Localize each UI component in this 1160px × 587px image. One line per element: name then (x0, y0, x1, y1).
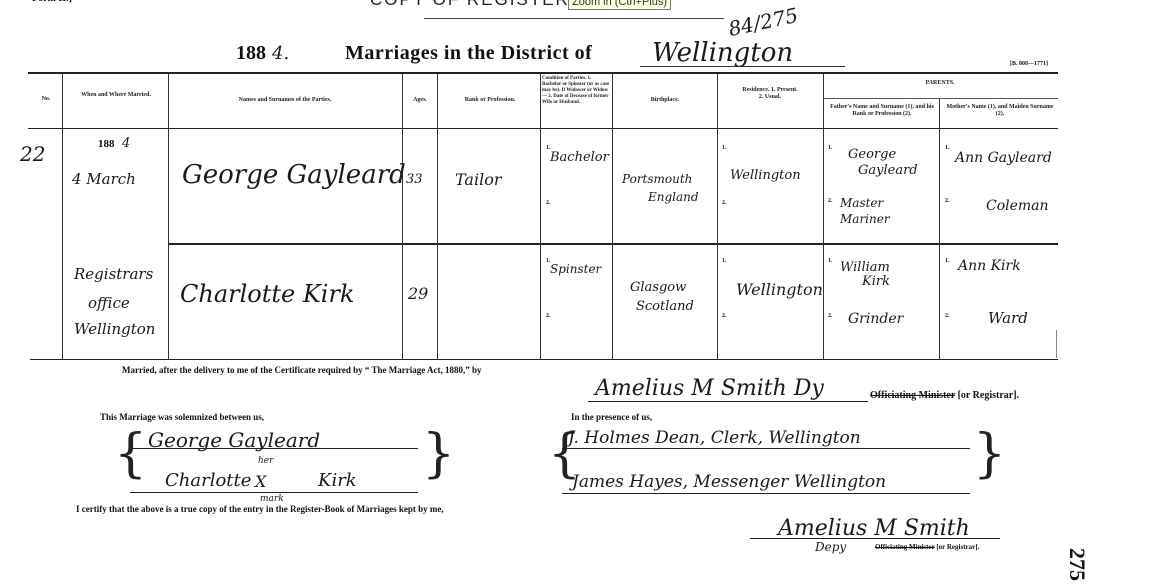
table-bottom-rule (30, 359, 1058, 360)
col-divider (402, 74, 403, 360)
solemnized-label: This Marriage was solemnized between us, (100, 412, 264, 422)
condition-marker-2: 2. (546, 313, 551, 319)
father-marker-1: 1. (828, 258, 833, 264)
officiant-title-kept: [or Registrar]. (958, 390, 1019, 401)
col-header-father: Father's Name and Surname (1), and his R… (826, 104, 938, 118)
row-divider (168, 243, 1058, 245)
col-divider (62, 74, 63, 360)
reference-number: 84/275 (726, 3, 800, 41)
father-marker-2: 2. (828, 313, 833, 319)
col-header-birthplace: Birthplace. (615, 97, 715, 104)
residence-marker-1: 1. (722, 145, 727, 151)
party-2-last: Kirk (318, 470, 357, 491)
parents-subheader-rule (824, 98, 1058, 99)
party-2-first: Charlotte (165, 470, 251, 491)
print-reference: [B. 808—1771] (1010, 61, 1048, 67)
officiant-title-struck: Officiating Minister (870, 390, 955, 401)
col-divider (168, 74, 169, 360)
bride-name: Charlotte Kirk (180, 280, 354, 308)
married-statement: Married, after the delivery to me of the… (122, 365, 482, 375)
father-marker-1: 1. (828, 145, 833, 151)
groom-rank: Tailor (455, 170, 501, 189)
witness-2-line (562, 493, 970, 494)
bride-birthplace-2: Scotland (636, 299, 694, 314)
header-bottom-rule (28, 128, 1058, 129)
col-header-parents: PARENTS. (880, 80, 1000, 87)
party-2-mark: X (255, 472, 266, 491)
groom-age: 33 (406, 172, 423, 187)
col-divider (612, 74, 613, 360)
bride-father-rank: Grinder (848, 311, 903, 327)
heading-underline (424, 18, 724, 19)
right-brace-icon: } (973, 428, 1006, 480)
marriage-date: 4 March (72, 170, 136, 188)
registrar-title-kept: [or Registrar]. (936, 543, 979, 551)
left-brace-icon: { (114, 428, 147, 480)
mother-marker-1: 1. (945, 258, 950, 264)
mark-above: her (258, 456, 273, 466)
party-2-line (130, 492, 418, 493)
col-header-ages: Ages. (405, 97, 435, 104)
col-header-names: Names and Surnames of the Parties. (175, 97, 395, 104)
groom-father-name-2: Gayleard (858, 163, 918, 178)
officiant-signature: Amelius M Smith Dy (595, 376, 824, 401)
groom-birthplace-1: Portsmouth (622, 172, 692, 186)
col-header-rank: Rank or Profession. (445, 97, 535, 104)
presence-label: In the presence of us, (571, 412, 652, 422)
right-brace-icon: } (422, 428, 455, 480)
groom-name: George Gayleard (182, 160, 406, 190)
side-page-number: 275 (1064, 548, 1090, 581)
groom-father-name-1: George (848, 147, 896, 162)
year-printed: 188 (236, 42, 266, 65)
officiant-title: Officiating Minister [or Registrar]. (870, 390, 1019, 401)
bride-father-name-2: Kirk (862, 274, 890, 289)
bride-condition: Spinster (550, 262, 601, 276)
col-divider (823, 74, 824, 360)
mark-below: mark (260, 494, 284, 504)
col-header-residence: Residence. 1. Present. 2. Usual. (740, 87, 800, 101)
bride-father-name-1: William (840, 260, 890, 275)
condition-marker-2: 2. (546, 200, 551, 206)
registrar-signature-line (750, 538, 1000, 539)
district-underline (640, 66, 845, 67)
mother-marker-2: 2. (945, 198, 950, 204)
registrar-title-struck: Officiating Minister (875, 543, 935, 551)
certify-statement: I certify that the above is a true copy … (76, 504, 444, 514)
mother-marker-1: 1. (945, 145, 950, 151)
residence-marker-2: 2. (722, 313, 727, 319)
witness-1-line (562, 448, 970, 449)
officiant-signature-line (588, 401, 868, 402)
registrar-deputy-note: Depy (815, 540, 846, 554)
groom-birthplace-2: England (648, 190, 699, 204)
bride-age: 29 (408, 284, 428, 303)
groom-condition: Bachelor (550, 150, 609, 165)
witness-2-signature: James Hayes, Messenger Wellington (572, 472, 886, 492)
col-header-no: No. (30, 96, 62, 103)
year-handwritten: 4. (272, 43, 289, 64)
col-divider (939, 98, 940, 360)
col-divider (1056, 330, 1057, 358)
col-divider (540, 74, 541, 360)
col-divider (717, 74, 718, 360)
registrar-title: Officiating Minister [or Registrar]. (875, 543, 979, 551)
district-name: Wellington (652, 38, 793, 68)
col-header-mother: Mother's Name (1), and Maiden Surname (2… (945, 104, 1055, 118)
form-reference: Form II.] (32, 0, 72, 4)
father-marker-2: 2. (828, 198, 833, 204)
entry-number: 22 (20, 142, 45, 166)
marriage-place-line-1: Registrars (74, 265, 153, 283)
col-header-when-where: When and Where Married. (80, 92, 152, 99)
col-header-condition: Condition of Parties. 1. Bachelor or Spi… (542, 76, 610, 106)
groom-father-rank-1: Master (840, 196, 883, 210)
mother-marker-2: 2. (945, 313, 950, 319)
bride-birthplace-1: Glasgow (630, 280, 686, 295)
party-1-line (130, 448, 418, 449)
marriage-place-line-3: Wellington (74, 320, 155, 338)
residence-marker-2: 2. (722, 200, 727, 206)
groom-mother-name: Ann Gayleard (955, 150, 1052, 166)
entry-year-hand: 4 (122, 136, 130, 151)
bride-residence: Wellington (736, 280, 823, 299)
bride-mother-maiden: Ward (988, 309, 1028, 327)
groom-father-rank-2: Mariner (840, 212, 890, 226)
zoom-tooltip: Zoom in (Ctrl+Plus) (568, 0, 671, 10)
groom-mother-maiden: Coleman (986, 198, 1049, 214)
entry-year: 188 (98, 138, 115, 150)
bride-mother-name: Ann Kirk (958, 258, 1021, 274)
witness-1-signature: J. Holmes Dean, Clerk, Wellington (568, 428, 861, 448)
table-top-rule (28, 72, 1058, 74)
groom-residence: Wellington (730, 168, 801, 183)
register-title: Marriages in the District of (345, 42, 592, 65)
residence-marker-1: 1. (722, 258, 727, 264)
col-divider (437, 74, 438, 360)
marriage-place-line-2: office (88, 294, 130, 312)
